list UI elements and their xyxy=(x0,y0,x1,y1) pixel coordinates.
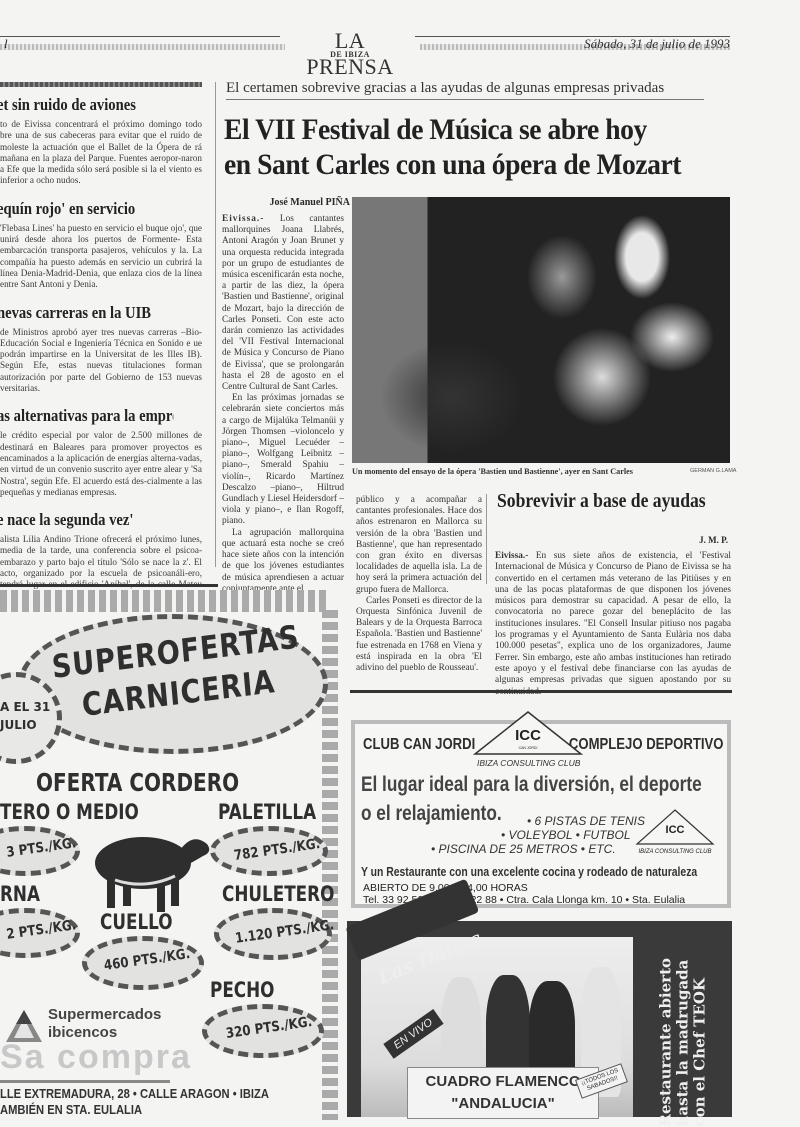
article-column-1: Eivissa.- Los cantantes mallorquines Joa… xyxy=(222,214,344,595)
restaurant-line: Y un Restaurante con una excelente cocin… xyxy=(361,864,697,879)
article-photo xyxy=(352,197,730,463)
brief-headline: e nace la segunda vez' xyxy=(0,510,173,530)
cut-name: CHULETERO xyxy=(222,882,334,906)
article-paragraph: Carles Ponseti es director de la Orquest… xyxy=(356,596,482,674)
svg-text:CAN JORDI: CAN JORDI xyxy=(519,746,538,750)
sidebar-headline: Sobrevivir a base de ayudas xyxy=(497,490,706,513)
store-address: LLE EXTREMADURA, 28 • CALLE ARAGON • IBI… xyxy=(0,1086,269,1101)
ad-border-top xyxy=(0,590,330,612)
brief-headline: as alternativas para la empresa xyxy=(0,406,173,426)
dateline: Eivissa.- xyxy=(495,551,528,561)
cut-name: PECHO xyxy=(210,978,274,1002)
svg-text:ICC: ICC xyxy=(666,824,685,836)
brand-underline xyxy=(0,1080,170,1083)
brief-headline: et sin ruido de aviones xyxy=(0,95,173,115)
cut-name: CUELLO xyxy=(100,910,173,934)
article-kicker: El certamen sobrevive gracias a las ayud… xyxy=(226,80,704,100)
newspaper-subtitle: DE IBIZA xyxy=(290,50,410,59)
show-title: CUADRO FLAMENCO "ANDALUCIA" xyxy=(407,1067,599,1119)
photo-caption: Un momento del ensayo de la ópera 'Basti… xyxy=(352,467,652,476)
brief-headline: nevas carreras en la UIB xyxy=(0,303,173,323)
icc-logo-icon: ICC CAN JORDI xyxy=(473,710,583,756)
article-paragraph: Eivissa.- Los cantantes mallorquines Joa… xyxy=(222,214,344,393)
brief-item: et sin ruido de aviones to de Eivissa co… xyxy=(0,95,202,187)
feature-item: • 6 PISTAS DE TENIS xyxy=(527,814,645,828)
sidebar-body: Eivissa.- En sus siete años de existenci… xyxy=(495,551,731,698)
article-column-2: público y a acompañar a cantantes profes… xyxy=(356,495,482,674)
headline-line-1: El VII Festival de Música se abre hoy xyxy=(224,113,647,146)
brief-body: 'Flebasa Lines' ha puesto en servicio el… xyxy=(0,223,202,291)
consulting-club-name: IBIZA CONSULTING CLUB xyxy=(477,758,580,768)
restaurant-sidebar: Restaurante abierto hasta la madrugada c… xyxy=(639,925,729,1115)
news-briefs-column: et sin ruido de aviones to de Eivissa co… xyxy=(0,82,202,614)
section-divider xyxy=(0,584,218,587)
brief-body: le crédito especial por valor de 2.500 m… xyxy=(0,430,202,498)
dateline: Eivissa.- xyxy=(222,214,264,224)
article-byline: José Manuel PIÑA xyxy=(212,197,350,208)
store-brand: Sa compra xyxy=(0,1038,192,1077)
column-top-rule xyxy=(0,82,202,87)
brief-body: de Ministros aprobó ayer tres nuevas car… xyxy=(0,327,202,395)
validity-text: A EL 31 JULIO xyxy=(0,698,50,734)
flamenco-advertisement: Las Dalias EN VIVO CUADRO FLAMENCO "ANDA… xyxy=(347,921,732,1117)
feature-item: • PISCINA DE 25 METROS • ETC. xyxy=(431,842,616,856)
column-divider xyxy=(215,82,216,567)
page-number: l xyxy=(4,36,8,52)
sports-club-advertisement: CLUB CAN JORDI COMPLEJO DEPORTIVO ICC CA… xyxy=(351,720,731,908)
sidebar-byline: J. M. P. xyxy=(640,535,728,545)
brief-headline: equín rojo' en servicio xyxy=(0,199,173,219)
brief-item: nevas carreras en la UIB de Ministros ap… xyxy=(0,303,202,395)
icc-logo-small-icon: ICC IBIZA CONSULTING CLUB xyxy=(635,808,715,856)
masthead-pattern-left xyxy=(0,44,285,50)
headline-line-2: en Sant Carles con una ópera de Mozart xyxy=(224,148,681,181)
issue-date: Sábado, 31 de julio de 1993 xyxy=(584,36,730,52)
butcher-advertisement: SUPEROFERTAS CARNICERIA A EL 31 JULIO OF… xyxy=(0,590,340,1127)
club-type: COMPLEJO DEPORTIVO xyxy=(568,736,723,754)
svg-text:ICC: ICC xyxy=(515,727,541,744)
brief-item: as alternativas para la empresa le crédi… xyxy=(0,406,202,498)
column-divider xyxy=(486,494,487,584)
feature-item: • VOLEYBOL • FUTBOL xyxy=(501,828,631,842)
article-headline: El VII Festival de Música se abre hoy en… xyxy=(224,112,693,182)
brief-item: e nace la segunda vez' alista Lilia Andi… xyxy=(0,510,202,602)
brief-body: to de Eivissa concentrará el próximo dom… xyxy=(0,119,202,187)
restaurant-text: Restaurante abierto hasta la madrugada c… xyxy=(658,927,709,1127)
photo-credit: GERMAN G.LAMA xyxy=(690,468,736,474)
section-divider xyxy=(350,690,732,693)
cut-name: PALETILLA xyxy=(218,800,316,824)
article-paragraph: público y a acompañar a cantantes profes… xyxy=(356,495,482,596)
svg-text:IBIZA CONSULTING CLUB: IBIZA CONSULTING CLUB xyxy=(638,849,711,855)
lamb-icon xyxy=(85,818,215,913)
offer-heading: OFERTA CORDERO xyxy=(36,768,239,797)
brief-item: equín rojo' en servicio 'Flebasa Lines' … xyxy=(0,199,202,291)
cut-name: RNA xyxy=(0,882,40,906)
article-paragraph: La agrupación mallorquina que actuará es… xyxy=(222,528,344,595)
store-branch: AMBIÉN EN STA. EULALIA xyxy=(0,1102,142,1117)
article-paragraph: En las próximas jornadas se celebrarán s… xyxy=(222,393,344,527)
store-name: Supermercados ibicencos xyxy=(48,1006,161,1042)
masthead-rule-left xyxy=(0,36,280,37)
club-name: CLUB CAN JORDI xyxy=(363,736,475,754)
